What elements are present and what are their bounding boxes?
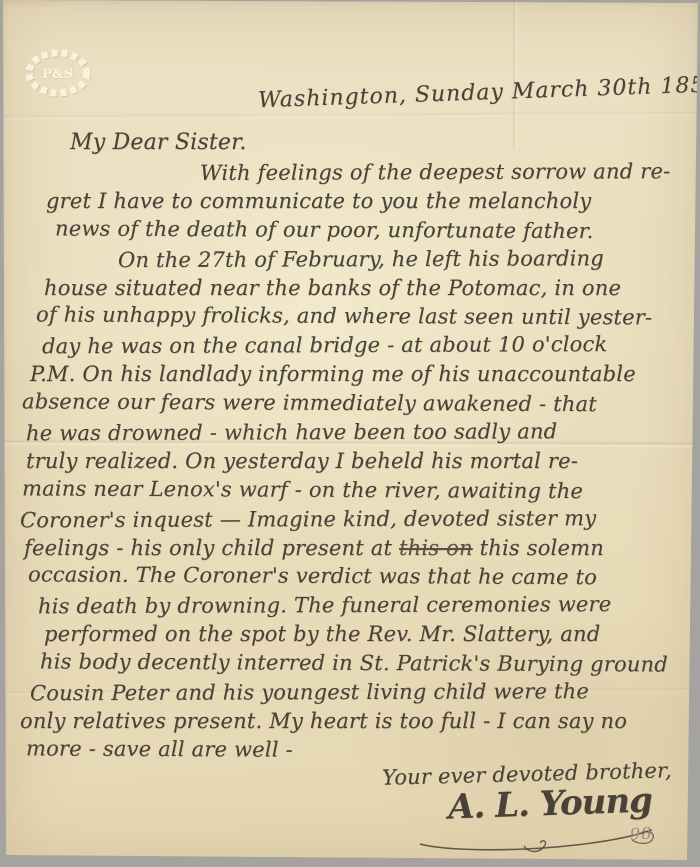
letter-text-segment: mains near Lenox's warf - on the river, … [22,476,583,503]
letter-text-segment: this solemn [473,536,604,560]
letter-line: occasion. The Coroner's verdict was that… [28,561,700,593]
seal-monogram: P&S [43,67,74,82]
letter-text-segment: day he was on the canal bridge - at abou… [42,332,607,358]
letter-line: Cousin Peter and his youngest living chi… [30,677,700,708]
letter-text-segment: his body decently interred in St. Patric… [40,650,668,677]
letter-text-segment: absence our fears were immediately awake… [22,389,597,416]
pencil-page-number: 98 [629,823,653,844]
paper-crease [512,0,518,150]
letter-text-segment: Coroner's inquest — Imagine kind, devote… [20,506,596,532]
letter-line: house situated near the banks of the Pot… [44,274,700,303]
letter-line: of his unhappy frolicks, and where last … [36,301,700,333]
letter-line: only relatives present. My heart is too … [20,707,700,736]
letter-text-segment: more - save all are well - [26,736,293,761]
letter-line: Coroner's inquest — Imagine kind, devote… [20,503,700,535]
letter-line: truly realized. On yesterday I beheld hi… [26,447,700,476]
salutation: My Dear Sister. [70,130,247,155]
letter-line: day he was on the canal bridge - at abou… [42,330,700,361]
signature-flourish [416,824,666,858]
letter-text-segment: gret I have to communicate to you the me… [46,189,591,213]
letter-text-segment: On the 27th of February, he left his boa… [118,246,604,272]
letter-line: his death by drowning. The funeral cerem… [38,590,700,621]
letter-scan-page: P&S P&S Washington, Sunday March 30th 18… [0,0,700,867]
letter-line: On the 27th of February, he left his boa… [118,244,700,275]
letter-text-segment: only relatives present. My heart is too … [20,709,627,733]
letter-text-segment: feelings - his only child present at [24,536,399,560]
letter-line: news of the death of our poor, unfortuna… [55,214,700,246]
letter-text-segment: house situated near the banks of the Pot… [44,276,621,300]
letter-line: With feelings of the deepest sorrow and … [200,157,700,188]
letter-text-segment: Cousin Peter and his youngest living chi… [30,679,589,705]
letter-text-segment: performed on the spot by the Rev. Mr. Sl… [44,622,600,646]
letter-text-segment: occasion. The Coroner's verdict was that… [28,563,597,590]
letter-text-segment: P.M. On his landlady informing me of his… [30,362,636,386]
signature: A. L. Young [447,780,652,827]
embossed-stationer-seal: P&S P&S [22,46,94,100]
letter-line: mains near Lenox's warf - on the river, … [22,474,700,506]
letter-line: absence our fears were immediately awake… [22,387,700,419]
letter-text-segment: truly realized. On yesterday I beheld hi… [26,449,578,473]
letter-text-segment: his death by drowning. The funeral cerem… [38,592,611,618]
dateline: Washington, Sunday March 30th 1851. [258,72,700,113]
letter-text-segment: news of the death of our poor, unfortuna… [55,216,594,243]
letter-text-segment: he was drowned - which have been too sad… [26,419,557,445]
letter-body: With feelings of the deepest sorrow and … [0,158,700,765]
letter-line: P.M. On his landlady informing me of his… [30,360,700,389]
letter-line: feelings - his only child present at thi… [24,534,700,563]
letter-line: he was drowned - which have been too sad… [26,417,700,448]
letter-text-segment: of his unhappy frolicks, and where last … [36,303,652,330]
letter-text-segment: With feelings of the deepest sorrow and … [200,159,670,185]
struck-word: this on [399,536,473,560]
letter-line: his body decently interred in St. Patric… [40,648,700,680]
letter-line: performed on the spot by the Rev. Mr. Sl… [44,620,700,649]
letter-line: gret I have to communicate to you the me… [46,187,700,216]
paper-crease [0,110,700,121]
